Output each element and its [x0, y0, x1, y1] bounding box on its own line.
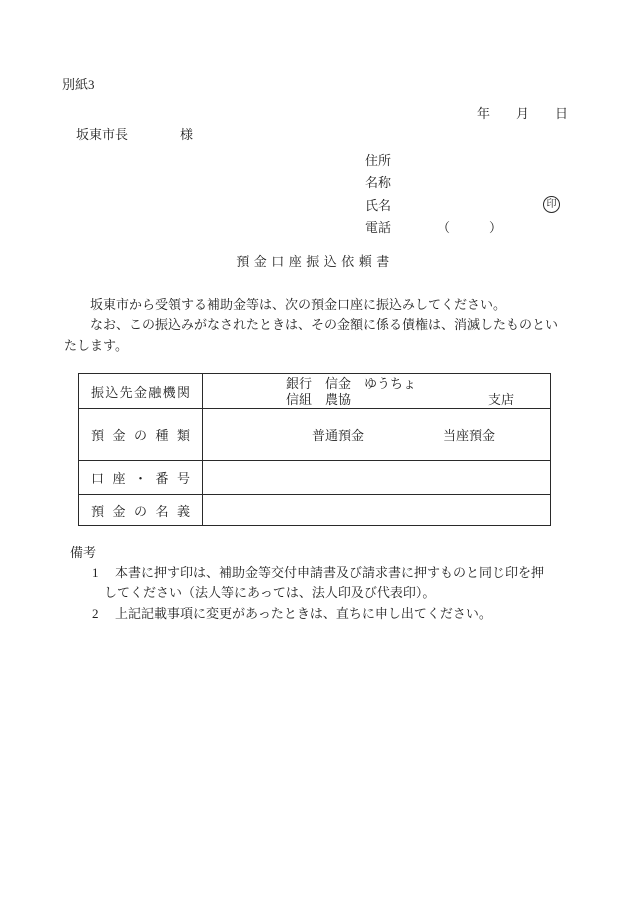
- notes-heading: 備考: [70, 543, 580, 563]
- person-name-label: 氏名: [365, 198, 391, 213]
- document-page: 別紙3 年 月 日 坂東市長様 住所 名称 氏名 電話（ ） 印 預金口座振込依…: [0, 0, 630, 903]
- deposit-type-label: 預 金 の 種 類: [79, 409, 203, 461]
- table-row-financial-institution: 振込先金融機関 銀行 信金 ゆうちょ 信組 農協 支店: [79, 374, 551, 409]
- date-line: 年 月 日: [477, 103, 568, 122]
- bank-type-options-line1: 銀行 信金 ゆうちょ: [203, 374, 550, 392]
- notes-section: 備考 1 本書に押す印は、補助金等交付申請書及び請求書に押すものと同じ印を押 し…: [70, 543, 580, 624]
- sender-address-row: 住所: [365, 150, 502, 172]
- attachment-label: 別紙3: [62, 74, 95, 93]
- note-number: 2: [92, 604, 99, 624]
- body-line: たします。: [64, 336, 576, 356]
- account-holder-cell: [203, 495, 551, 526]
- table-row-deposit-type: 預 金 の 種 類 普通預金当座預金: [79, 409, 551, 461]
- note-item-1: 1 本書に押す印は、補助金等交付申請書及び請求書に押すものと同じ印を押 してくだ…: [70, 563, 580, 603]
- note-text-line: してください（法人等にあっては、法人印及び代表印）。: [104, 583, 580, 603]
- note-text-line: 上記記載事項に変更があったときは、直ちに申し出てください。: [115, 604, 580, 624]
- addressee-line: 坂東市長様: [76, 124, 193, 143]
- deposit-option-ordinary: 普通預金: [312, 428, 364, 443]
- sender-phone-row: 電話（ ）: [365, 217, 502, 239]
- phone-label: 電話: [365, 220, 391, 235]
- org-name-label: 名称: [365, 175, 391, 190]
- body-paragraph: 坂東市から受領する補助金等は、次の預金口座に振込みしてください。 なお、この振込…: [64, 295, 576, 356]
- body-line: なお、この振込みがなされたときは、その金額に係る債権は、消滅したものとい: [64, 315, 576, 335]
- note-number: 1: [92, 563, 99, 583]
- note-text-line: 本書に押す印は、補助金等交付申請書及び請求書に押すものと同じ印を押: [115, 563, 580, 583]
- deposit-type-cell: 普通預金当座預金: [203, 409, 551, 461]
- note-item-2: 2 上記記載事項に変更があったときは、直ちに申し出てください。: [70, 604, 580, 624]
- phone-paren: （ ）: [437, 220, 502, 235]
- account-info-table: 振込先金融機関 銀行 信金 ゆうちょ 信組 農協 支店 預 金 の 種 類 普通…: [78, 373, 551, 526]
- bank-type-options-line2: 信組 農協 支店: [203, 392, 550, 408]
- seal-mark-icon: 印: [543, 196, 560, 213]
- addressee-honorific: 様: [180, 127, 193, 142]
- financial-institution-label: 振込先金融機関: [79, 374, 203, 409]
- bank-type-options-left: 信組 農協: [286, 392, 351, 408]
- account-number-label: 口 座 ・ 番 号: [79, 461, 203, 495]
- deposit-option-current: 当座預金: [443, 428, 495, 443]
- branch-label: 支店: [488, 392, 514, 408]
- financial-institution-cell: 銀行 信金 ゆうちょ 信組 農協 支店: [203, 374, 551, 409]
- address-label: 住所: [365, 153, 391, 168]
- seal-char: 印: [547, 200, 557, 210]
- sender-person-name-row: 氏名: [365, 195, 502, 217]
- body-line: 坂東市から受領する補助金等は、次の預金口座に振込みしてください。: [64, 295, 576, 315]
- account-holder-label: 預 金 の 名 義: [79, 495, 203, 526]
- table-row-account-number: 口 座 ・ 番 号: [79, 461, 551, 495]
- account-number-cell: [203, 461, 551, 495]
- sender-block: 住所 名称 氏名 電話（ ） 印: [365, 150, 502, 240]
- sender-org-name-row: 名称: [365, 172, 502, 194]
- document-title: 預金口座振込依頼書: [0, 251, 630, 270]
- addressee-name: 坂東市長: [76, 127, 128, 142]
- table-row-account-holder: 預 金 の 名 義: [79, 495, 551, 526]
